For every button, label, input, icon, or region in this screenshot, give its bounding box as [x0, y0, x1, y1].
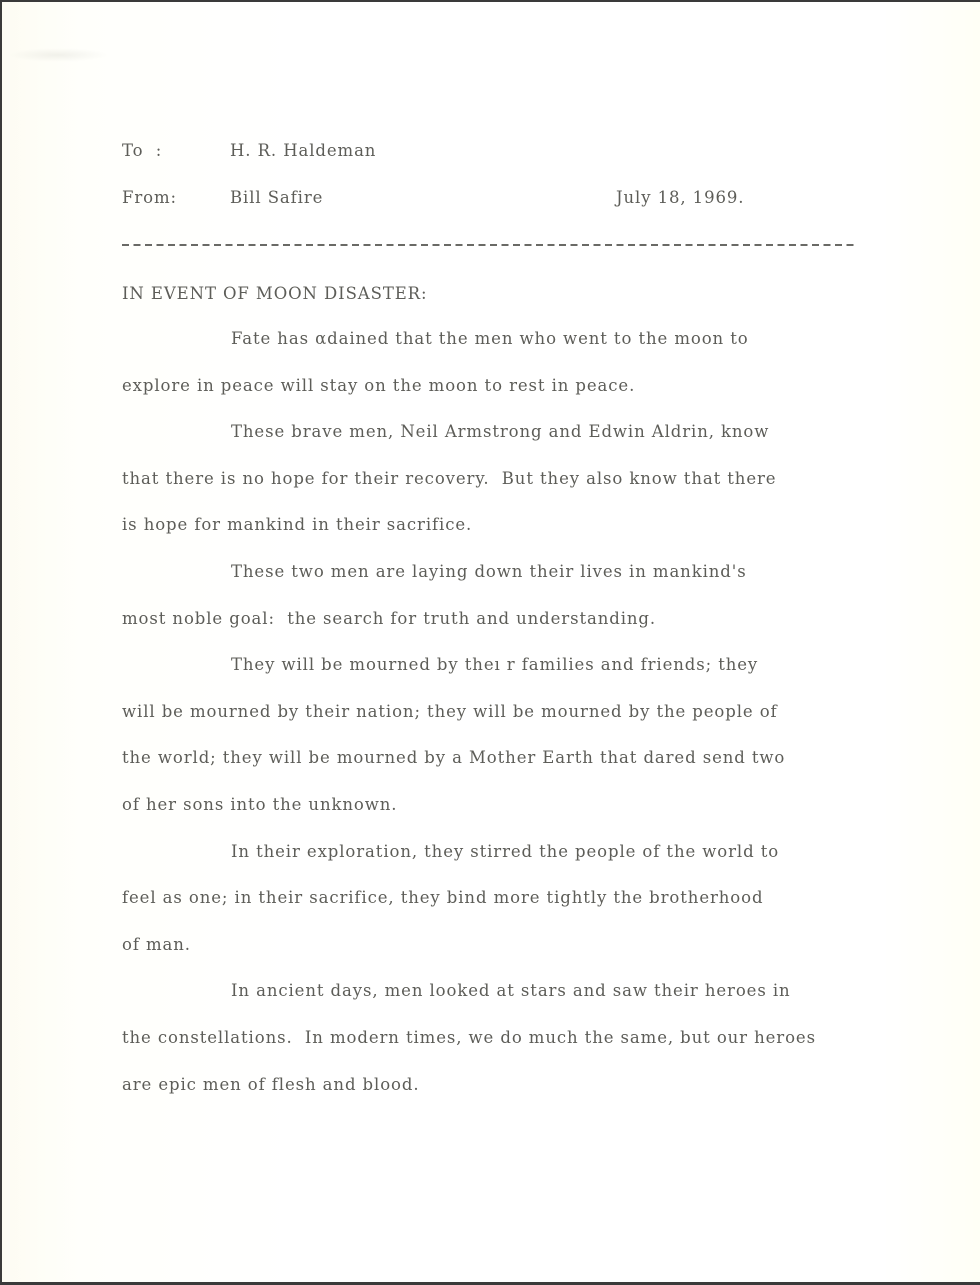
body-text-line: is hope for mankind in their sacrifice. — [122, 515, 472, 535]
body-text-line: explore in peace will stay on the moon t… — [122, 376, 635, 396]
body-text-line: the constellations. In modern times, we … — [122, 1028, 816, 1048]
from-sender: Bill Safire — [230, 188, 323, 208]
body-text-line: of man. — [122, 935, 191, 955]
body-text-line: In their exploration, they stirred the p… — [231, 842, 779, 862]
body-text-line: These brave men, Neil Armstrong and Edwi… — [231, 422, 769, 442]
dashed-divider — [122, 244, 857, 246]
memo-date: July 18, 1969. — [616, 188, 744, 208]
body-text-line: feel as one; in their sacrifice, they bi… — [122, 888, 763, 908]
to-label: To : — [122, 141, 162, 161]
body-text-line: In ancient days, men looked at stars and… — [231, 981, 791, 1001]
body-text-line: will be mourned by their nation; they wi… — [122, 702, 778, 722]
to-recipient: H. R. Haldeman — [230, 141, 376, 161]
body-text-line: of her sons into the unknown. — [122, 795, 397, 815]
memo-page: To : H. R. Haldeman From: Bill Safire Ju… — [0, 0, 980, 1285]
body-text-line: that there is no hope for their recovery… — [122, 469, 776, 489]
from-label: From: — [122, 188, 177, 208]
body-text-line: the world; they will be mourned by a Mot… — [122, 748, 785, 768]
body-text-line: These two men are laying down their live… — [231, 562, 747, 582]
body-text-line: most noble goal: the search for truth an… — [122, 609, 656, 629]
body-text-line: They will be mourned by theı r families … — [231, 655, 758, 675]
memo-heading: IN EVENT OF MOON DISASTER: — [122, 284, 427, 304]
body-text-line: Fate has αdained that the men who went t… — [231, 329, 749, 349]
body-text-line: are epic men of flesh and blood. — [122, 1075, 419, 1095]
